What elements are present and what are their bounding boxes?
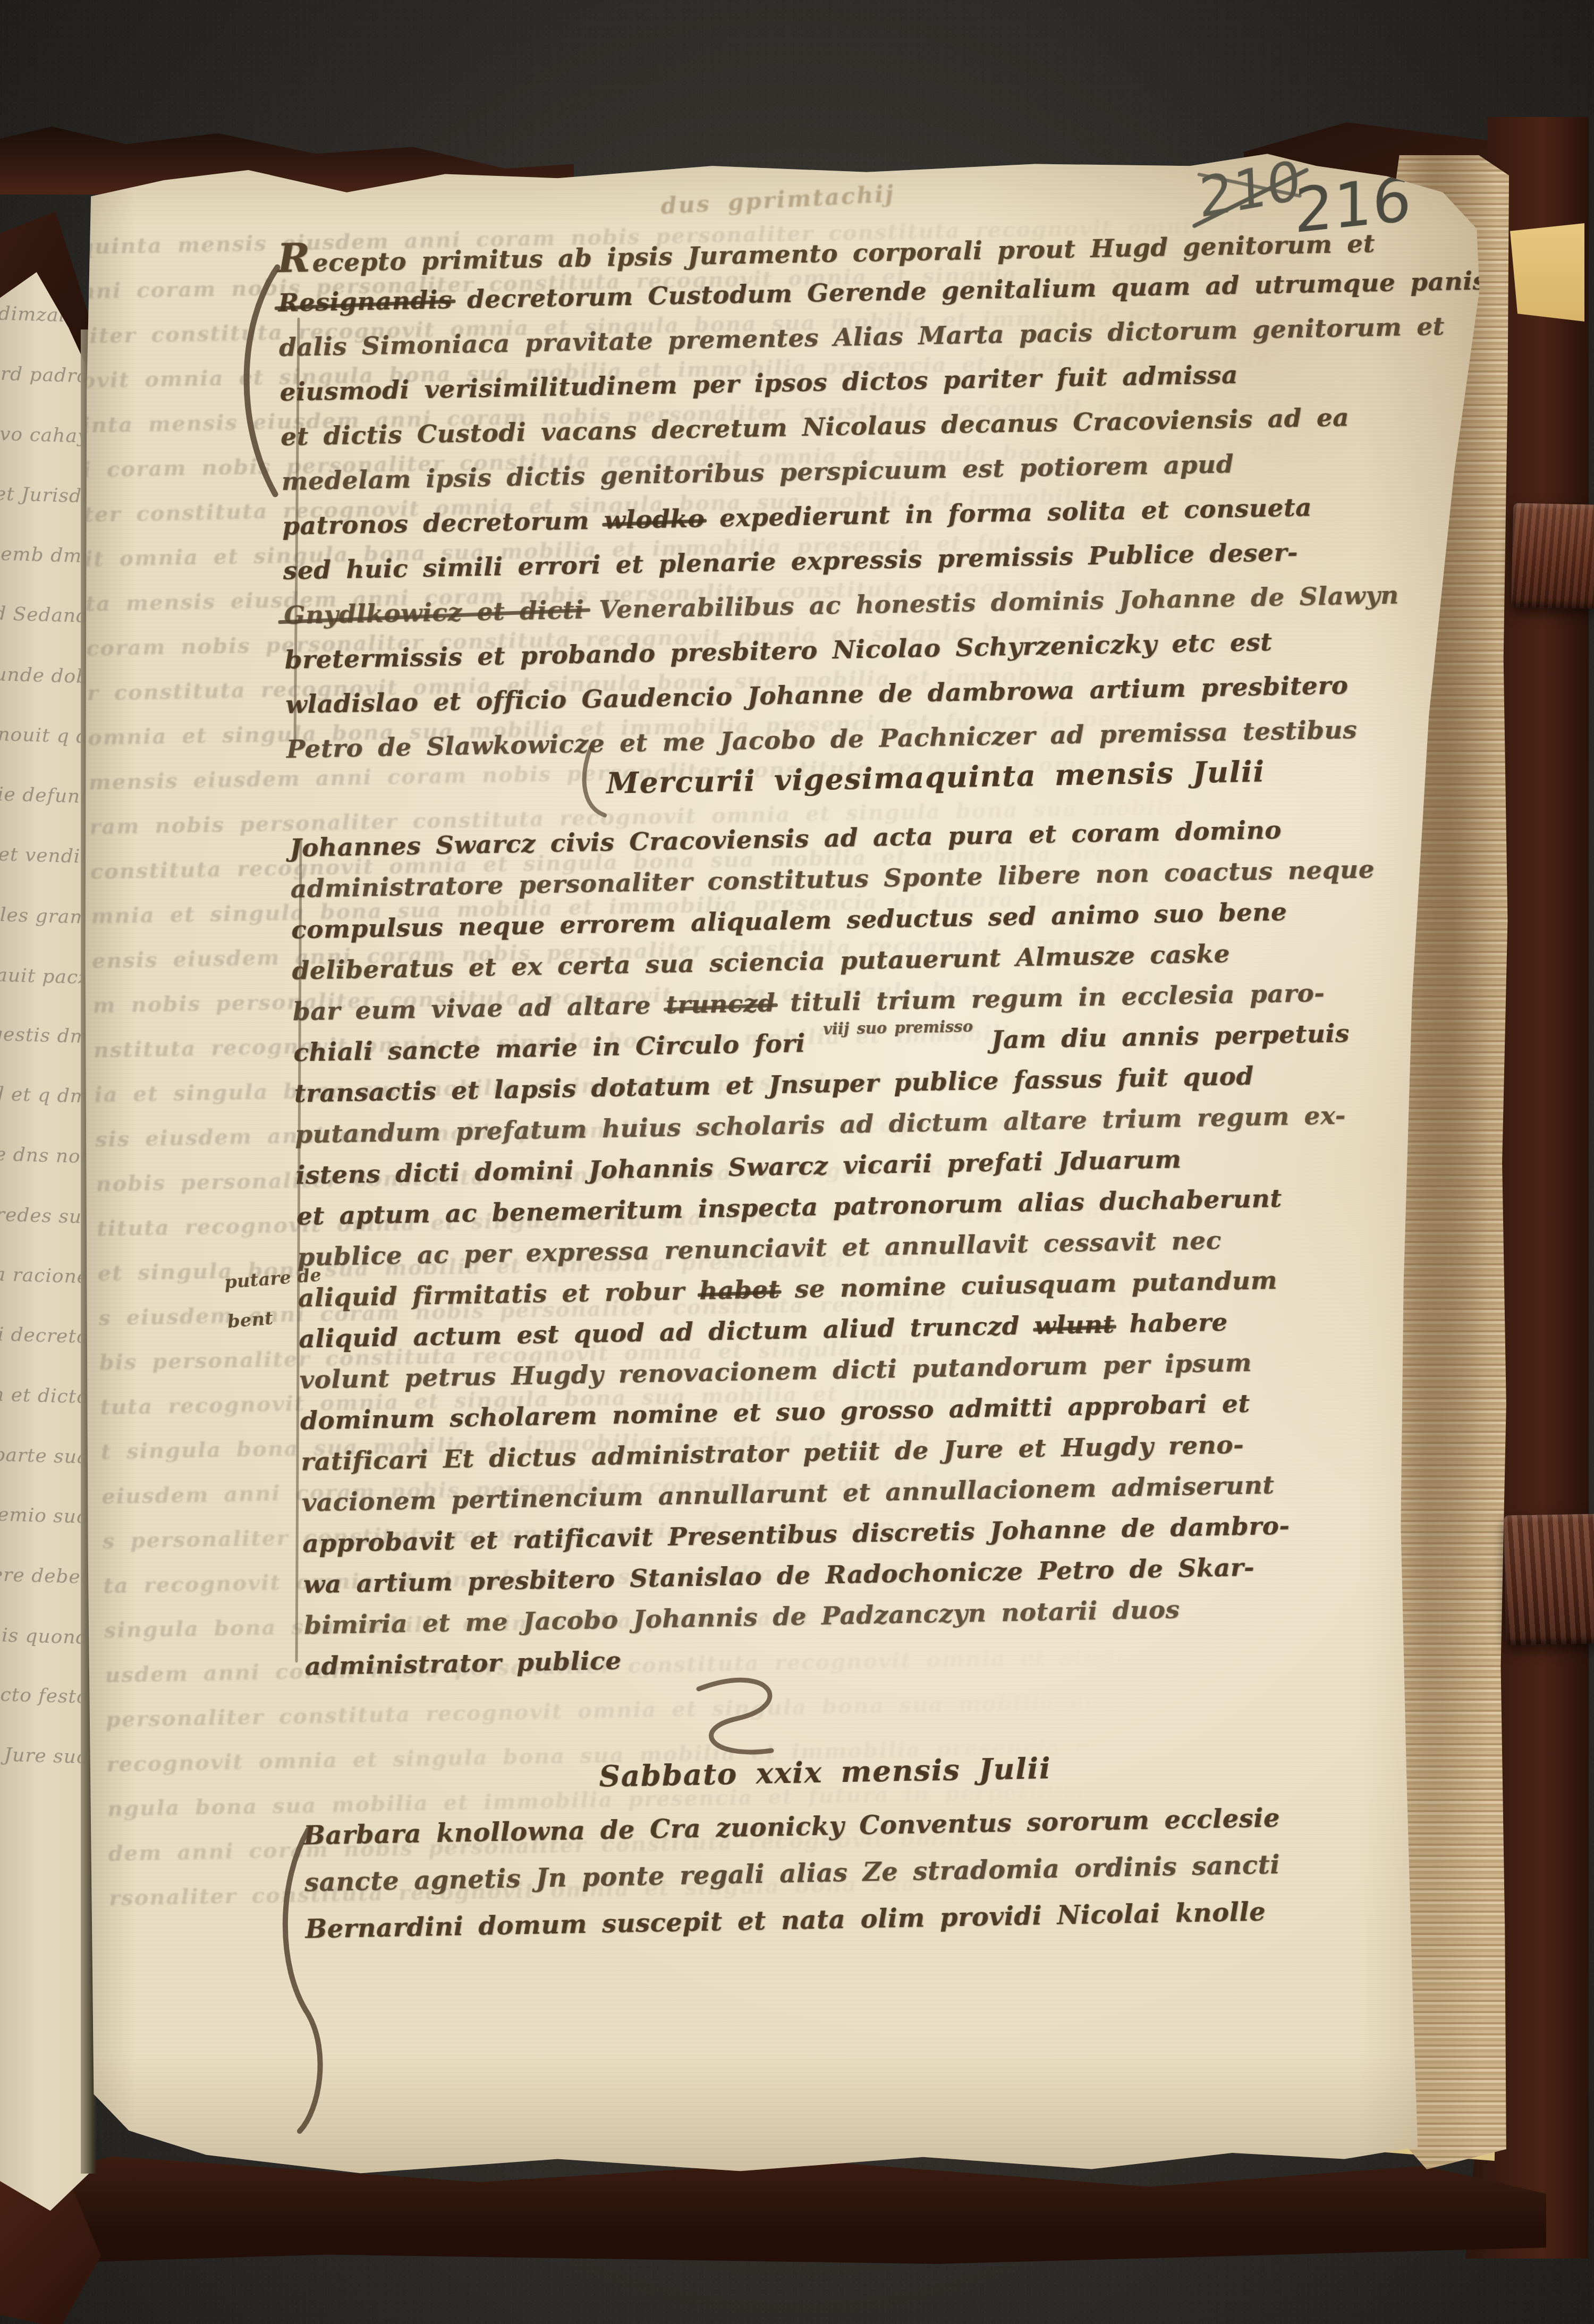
facing-page-line: de Jure suo (0, 1730, 91, 1790)
struck-word: wlodko (604, 504, 705, 535)
facing-page-line: Johannis quond (0, 1610, 91, 1670)
facing-page-line-text: et heredes sui (0, 1202, 89, 1228)
facing-page-sliver: et num SessStadimzalaymeard padrobind vo… (0, 229, 91, 2211)
manuscript-photo: et num SessStadimzalaymeard padrobind vo… (0, 0, 1594, 2324)
margin-note: putare debent (223, 1255, 326, 1341)
facing-page-line: pro parte sua (0, 1430, 91, 1490)
facing-page-line: gremio suo (0, 1490, 91, 1550)
interlinear-note: viij suo premisso (823, 1017, 973, 1038)
facing-page-line: ipse dns not (0, 1129, 91, 1189)
leather-strap-upper (1511, 503, 1594, 609)
struck-word: habet (699, 1275, 781, 1306)
facing-page-line-text: dns Stanles gram (0, 901, 89, 928)
facing-page-line: lad Sedand (0, 589, 91, 649)
facing-page-line: dum et dicto (0, 1370, 91, 1430)
facing-page-line-text: de gerunde dob (0, 662, 89, 688)
facing-page-line-text: Johannis quond (0, 1622, 89, 1649)
facing-page-line-text: te gemb dmi (0, 542, 89, 568)
facing-page-line: dicto festo (0, 1670, 91, 1730)
facing-page-line-text: Ju gestis dm (0, 1022, 89, 1048)
entry-3: Sabbato xxix mensis JuliiBarbara knollow… (302, 1738, 1373, 1953)
facing-page-line: meard padro (0, 349, 91, 409)
facing-page-line: mihi quittauit pacz (0, 949, 91, 1009)
facing-page-line-text: pro parte sua (0, 1442, 89, 1468)
manuscript-page: quinta mensis eiusdem anni coram nobis p… (80, 148, 1485, 2175)
facing-page-line: dns Stanles gram (0, 889, 91, 949)
facing-page-line-text: tali decreto (0, 1323, 89, 1348)
struck-word: Resignandis (278, 285, 453, 318)
entry-1: Recepto primitus ab ipsis Juramento corp… (277, 217, 1354, 772)
facing-page-line-text: de Jure suo (0, 1743, 89, 1768)
facing-page-line-text: lad Sedand (0, 602, 89, 627)
facing-page-line-text: meard padro (0, 362, 89, 387)
facing-page-line: bind vo cahay (0, 409, 91, 469)
facing-page-line: tali decreto (0, 1309, 91, 1370)
facing-page-line: te gemb dmi (0, 529, 91, 589)
struck-word: wlunt (1034, 1310, 1115, 1341)
entry-heading: Mercurii vigesimaquinta mensis Julii (606, 740, 1357, 822)
facing-page-line-text: ad et q dm (0, 1083, 89, 1108)
facing-page-line-text: fitn et Jurisdi (0, 481, 89, 507)
facing-page-line-text: recognouit q d (0, 722, 89, 748)
facing-page-text: et num SessStadimzalaymeard padrobind vo… (0, 229, 91, 1790)
facing-page-line-text: ipse dns not (0, 1143, 89, 1168)
struck-word: trunczd (665, 988, 775, 1020)
facing-page-line-text: bind vo cahay (0, 421, 89, 447)
facing-page-line: facere debet (0, 1550, 91, 1610)
facing-page-line-text: dum et dicto (0, 1383, 89, 1408)
facing-page-line: recognouit q d (0, 709, 91, 769)
facing-page-line: de gerunde dob (0, 649, 91, 709)
facing-page-line-text: facere debet (0, 1563, 89, 1588)
facing-page-line-text: mihi quittauit pacz (0, 961, 89, 988)
facing-page-line: quia racione (0, 1249, 91, 1309)
facing-page-line-text: gremio suo (0, 1503, 89, 1528)
facing-page-line: fitn et Jurisdi (0, 469, 91, 529)
facing-page-line: Ju gestis dm (0, 1009, 91, 1069)
leather-strap-lower (1504, 1514, 1594, 1645)
facing-page-line-text: beat et vendit (0, 842, 89, 867)
ink-layer: 210 216 dus gprimtachij Recepto primitus… (61, 135, 1503, 2188)
facing-page-line: beat et vendit (0, 829, 91, 889)
facing-page-line: familie defunt (0, 769, 91, 829)
entry-2: Mercurii vigesimaquinta mensis JuliiJoha… (288, 740, 1373, 1687)
facing-page-line-text: quia racione (0, 1263, 89, 1288)
margin-note-line: putare de (223, 1255, 323, 1302)
faded-header-note: dus gprimtachij (660, 181, 895, 219)
endpaper-top (1510, 223, 1584, 322)
struck-word: Gnydlkowicz et dicti (284, 596, 584, 630)
facing-page-line: ad et q dm (0, 1069, 91, 1129)
facing-page-line: et heredes sui (0, 1189, 91, 1249)
facing-page-line-text: familie defunt (0, 782, 89, 807)
facing-page-line-text: dicto festo (0, 1683, 89, 1708)
margin-note-line: bent (226, 1295, 326, 1341)
